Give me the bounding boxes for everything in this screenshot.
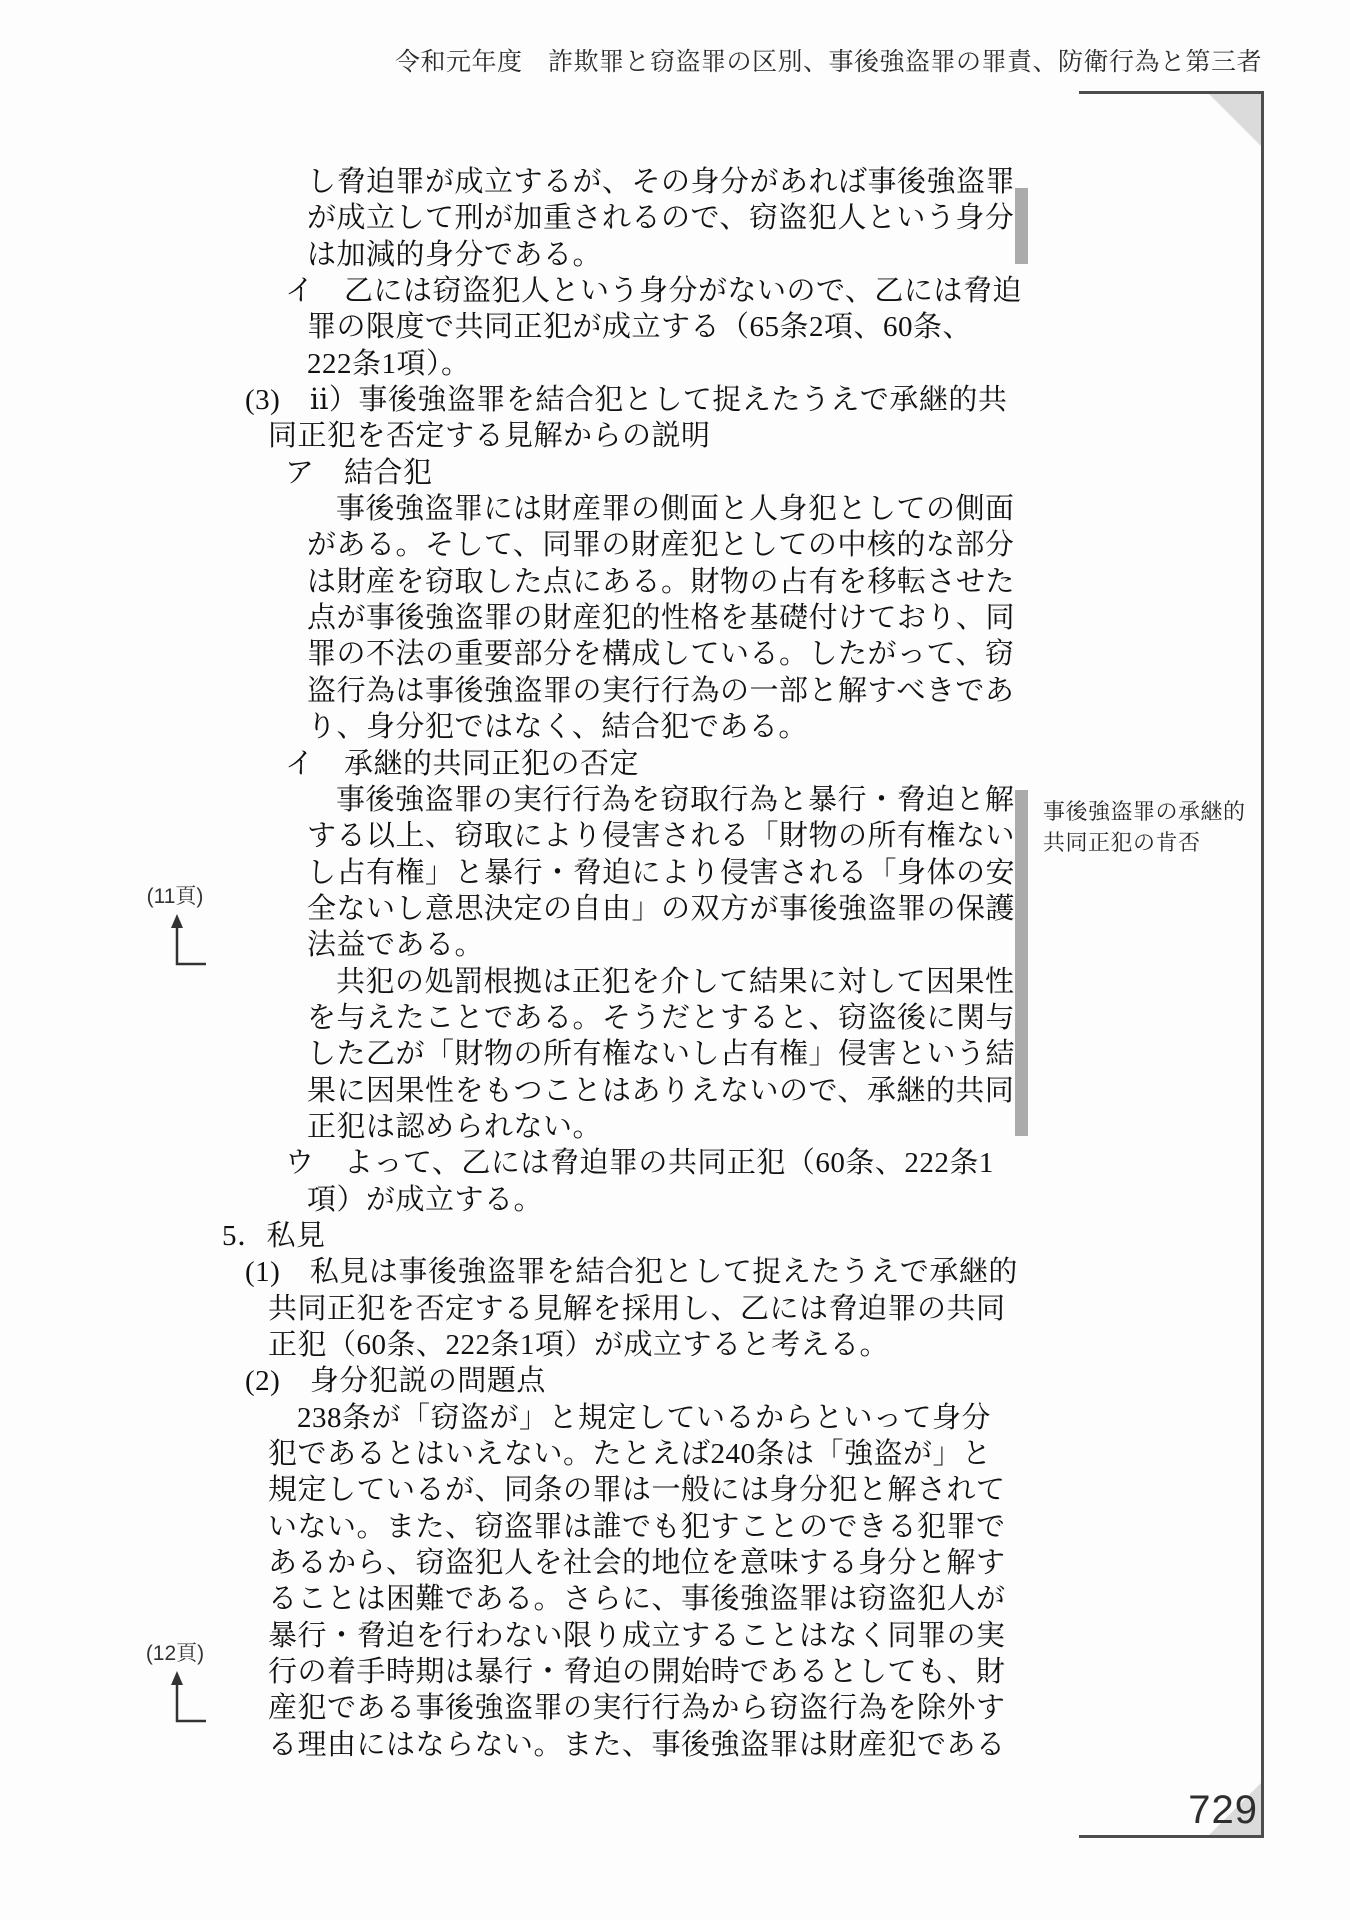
- body-line: する以上、窃取により侵害される「財物の所有権ない: [0, 818, 1010, 854]
- body-line: が成立して刑が加重されるので、窃盗犯人という身分: [0, 200, 1010, 236]
- body-line: 正犯は認められない。: [0, 1109, 1010, 1145]
- frame-rule-top: [1079, 91, 1264, 94]
- body-line: イ 承継的共同正犯の否定: [0, 746, 1010, 782]
- frame-rule-bottom: [1079, 1835, 1264, 1838]
- body-line: 行の着手時期は暴行・脅迫の開始時であるとしても、財: [0, 1654, 1010, 1690]
- emphasis-bar-middle: [1015, 790, 1028, 1136]
- body-line: (3) ⅱ）事後強盗罪を結合犯として捉えたうえで承継的共: [0, 382, 1010, 418]
- body-line: 犯であるとはいえない。たとえば240条は「強盗が」と: [0, 1436, 1010, 1472]
- body-line: いない。また、窃盗罪は誰でも犯すことのできる犯罪で: [0, 1509, 1010, 1545]
- running-head: 令和元年度 詐欺罪と窃盗罪の区別、事後強盗罪の罪責、防衛行為と第三者: [0, 42, 1262, 78]
- body-line: を与えたことである。そうだとすると、窃盗後に関与: [0, 1000, 1010, 1036]
- margin-note-line: 事後強盗罪の承継的: [1043, 796, 1273, 827]
- body-line: 同正犯を否定する見解からの説明: [0, 418, 1010, 454]
- body-text: し脅迫罪が成立するが、その身分があれば事後強盗罪が成立して刑が加重されるので、窃…: [0, 164, 1010, 1763]
- body-line: 5．私見: [0, 1218, 1010, 1254]
- body-line: がある。そして、同罪の財産犯としての中核的な部分: [0, 527, 1010, 563]
- body-line: 法益である。: [0, 927, 1010, 963]
- body-line: 盗行為は事後強盗罪の実行行為の一部と解すべきであ: [0, 673, 1010, 709]
- body-line: イ 乙には窃盗犯人という身分がないので、乙には脅迫: [0, 273, 1010, 309]
- body-line: あるから、窃盗犯人を社会的地位を意味する身分と解す: [0, 1545, 1010, 1581]
- body-line: 規定しているが、同条の罪は一般には身分犯と解されて: [0, 1472, 1010, 1508]
- body-line: 事後強盗罪の実行行為を窃取行為と暴行・脅迫と解: [0, 782, 1010, 818]
- body-line: 共同正犯を否定する見解を採用し、乙には脅迫罪の共同: [0, 1291, 1010, 1327]
- body-line: 点が事後強盗罪の財産犯的性格を基礎付けており、同: [0, 600, 1010, 636]
- body-line: 暴行・脅迫を行わない限り成立することはなく同罪の実: [0, 1618, 1010, 1654]
- body-line: 事後強盗罪には財産罪の側面と人身犯としての側面: [0, 491, 1010, 527]
- body-line: (2) 身分犯説の問題点: [0, 1363, 1010, 1399]
- body-line: る理由にはならない。また、事後強盗罪は財産犯である: [0, 1727, 1010, 1763]
- body-line: ア 結合犯: [0, 455, 1010, 491]
- margin-note: 事後強盗罪の承継的 共同正犯の肯否: [1043, 796, 1273, 858]
- body-line: 項）が成立する。: [0, 1182, 1010, 1218]
- scanned-book-page: { "page": { "header": "令和元年度 詐欺罪と窃盗罪の区別、…: [0, 0, 1350, 1920]
- frame-rule-right: [1261, 91, 1264, 1838]
- body-line: 果に因果性をもつことはありえないので、承継的共同: [0, 1073, 1010, 1109]
- body-line: 正犯（60条、222条1項）が成立すると考える。: [0, 1327, 1010, 1363]
- body-line: 238条が「窃盗が」と規定しているからといって身分: [0, 1400, 1010, 1436]
- body-line: 罪の限度で共同正犯が成立する（65条2項、60条、: [0, 309, 1010, 345]
- body-line: した乙が「財物の所有権ないし占有権」侵害という結: [0, 1036, 1010, 1072]
- body-line: り、身分犯ではなく、結合犯である。: [0, 709, 1010, 745]
- body-line: し脅迫罪が成立するが、その身分があれば事後強盗罪: [0, 164, 1010, 200]
- emphasis-bar-top: [1015, 188, 1028, 264]
- body-line: ることは困難である。さらに、事後強盗罪は窃盗犯人が: [0, 1581, 1010, 1617]
- corner-triangle-top: [1209, 94, 1261, 146]
- body-line: は財産を窃取した点にある。財物の占有を移転させた: [0, 564, 1010, 600]
- body-line: 全ないし意思決定の自由」の双方が事後強盗罪の保護: [0, 891, 1010, 927]
- body-line: ウ よって、乙には脅迫罪の共同正犯（60条、222条1: [0, 1145, 1010, 1181]
- body-line: は加減的身分である。: [0, 237, 1010, 273]
- page-number: 729: [1100, 1788, 1258, 1833]
- body-line: し占有権」と暴行・脅迫により侵害される「身体の安: [0, 855, 1010, 891]
- body-line: 罪の不法の重要部分を構成している。したがって、窃: [0, 636, 1010, 672]
- margin-note-line: 共同正犯の肯否: [1043, 827, 1273, 858]
- body-line: 222条1項）。: [0, 346, 1010, 382]
- body-line: (1) 私見は事後強盗罪を結合犯として捉えたうえで承継的: [0, 1254, 1010, 1290]
- body-line: 産犯である事後強盗罪の実行行為から窃盗行為を除外す: [0, 1690, 1010, 1726]
- body-line: 共犯の処罰根拠は正犯を介して結果に対して因果性: [0, 964, 1010, 1000]
